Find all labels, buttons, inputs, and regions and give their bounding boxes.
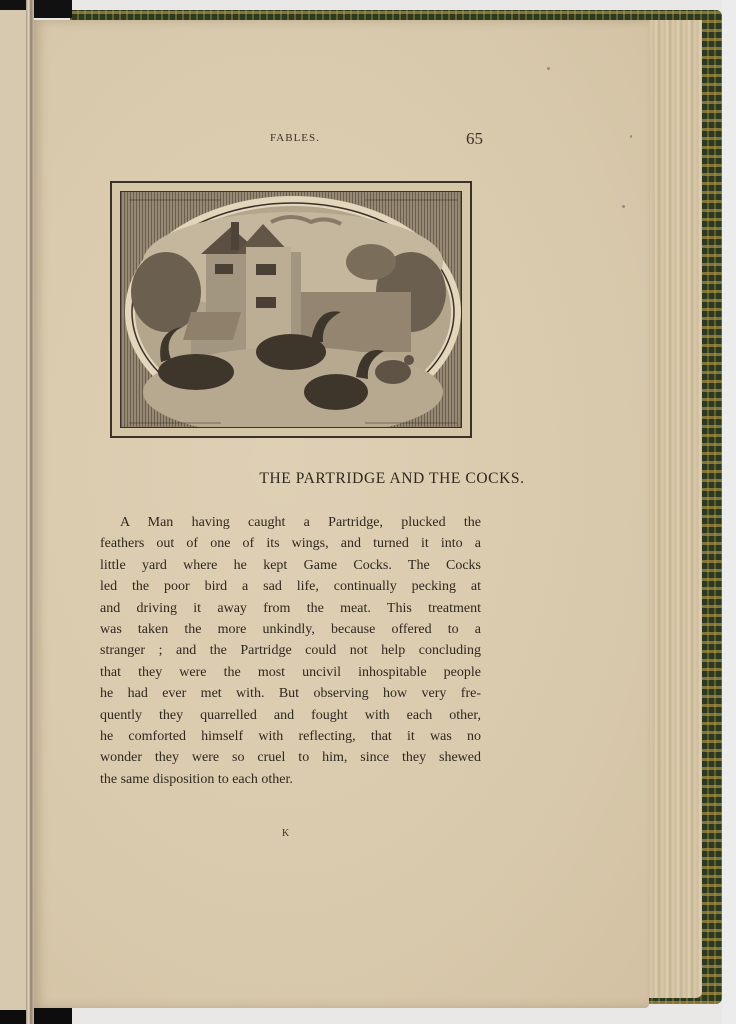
- engraving-illustration-icon: [120, 191, 462, 428]
- text-line: wonder they were so cruel to him, since …: [100, 747, 481, 768]
- book-gutter: [26, 0, 34, 1024]
- text-line: and driving it away from the meat. This …: [100, 598, 481, 619]
- text-line: was taken the more unkindly, because off…: [100, 619, 481, 640]
- illustration-plate: [110, 181, 472, 438]
- text-line: A Man having caught a Partridge, plucked…: [100, 512, 481, 533]
- text-line: led the poor bird a sad life, continuall…: [100, 576, 481, 597]
- text-line: he had ever met with. But observing how …: [100, 683, 481, 704]
- signature-mark: K: [282, 828, 289, 839]
- paper-speck: [547, 67, 550, 70]
- fable-title-text: THE PARTRIDGE AND THE COCKS.: [259, 470, 524, 488]
- text-line: feathers out of one of its wings, and tu…: [100, 533, 481, 554]
- paper-speck: [630, 135, 632, 138]
- text-line: little yard where he kept Game Cocks. Th…: [100, 555, 481, 576]
- verso-page-edge: [0, 10, 28, 1010]
- text-line: stranger ; and the Partridge could not h…: [100, 640, 481, 661]
- text-line: that they were the most uncivil inhospit…: [100, 662, 481, 683]
- page-fore-edge: [640, 20, 702, 998]
- running-head: FABLES.: [270, 132, 320, 144]
- text-line: he comforted himself with reflecting, th…: [100, 726, 481, 747]
- paper-speck: [622, 205, 625, 208]
- fable-title: THE PARTRIDGE AND THE COCKS.: [0, 470, 736, 488]
- page-number: 65: [466, 129, 483, 149]
- text-line: the same disposition to each other.: [100, 769, 481, 790]
- fable-body: A Man having caught a Partridge, plucked…: [100, 512, 481, 790]
- text-line: quently they quarrelled and fought with …: [100, 705, 481, 726]
- scan-background: [722, 0, 736, 1024]
